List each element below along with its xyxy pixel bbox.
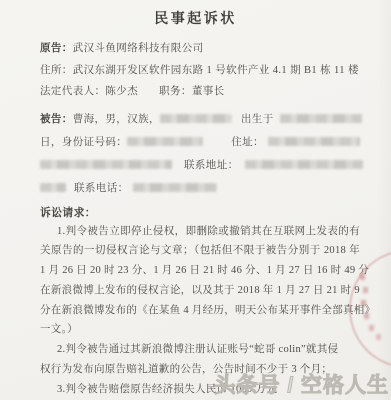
born-label: 出生于 <box>241 114 274 125</box>
claim-1-line-6: 一文。） <box>40 320 360 340</box>
residence-label: 住址： <box>231 137 264 148</box>
redacted-text <box>133 183 217 192</box>
redacted-text <box>40 160 172 169</box>
defendant-line-2: 日，身份证号码：住址： <box>40 131 360 154</box>
claim-1-line-2: 关原告的一切侵权言论与文章；（包括但不限于被告分别于 2018 年 <box>40 241 360 261</box>
position-label: 职务： <box>159 86 192 97</box>
plaintiff-line: 原告：武汉斗鱼网络科技有限公司 <box>40 38 360 60</box>
redacted-text <box>127 137 203 146</box>
legal-rep-name: 陈少杰 <box>105 86 138 97</box>
plaintiff-label: 原告： <box>40 43 73 54</box>
defendant-intro: 曹海，男，汉族， <box>73 114 160 125</box>
document-body: 原告：武汉斗鱼网络科技有限公司 住所：武汉东湖开发区软件园东路 1 号软件产业 … <box>0 38 391 400</box>
plaintiff-name: 武汉斗鱼网络科技有限公司 <box>73 43 204 54</box>
redacted-text <box>268 137 360 146</box>
claim-1-line-5: 分在新浪微博发布的《在某鱼 4 月经历，明天公布某开事件全部真相》 <box>40 301 360 321</box>
claim-1-line-1: 1.判令被告立即停止侵权，即删除或撤销其在互联网上发表的有 <box>40 222 360 242</box>
defendant-line-1: 被告：曹海，男，汉族，出生于 <box>40 108 360 131</box>
watermark: 头条号 / 空格人生 <box>214 369 389 399</box>
legal-rep-label: 法定代表人： <box>40 86 105 97</box>
legal-rep-line: 法定代表人：陈少杰职务：董事长 <box>40 81 360 103</box>
plaintiff-section: 原告：武汉斗鱼网络科技有限公司 住所：武汉东湖开发区软件园东路 1 号软件产业 … <box>40 38 360 103</box>
redacted-text <box>245 160 363 169</box>
defendant-label: 被告： <box>40 114 73 125</box>
seal-glyph-marks <box>360 274 365 280</box>
claim-1-line-3: 1 月 26 日 20 时 23 分、1 月 26 日 21 时 46 分、1 … <box>40 261 360 281</box>
plaintiff-address: 武汉东湖开发区软件园东路 1 号软件产业 4.1 期 B1 栋 11 楼 <box>73 65 359 76</box>
defendant-line-3: 联系地址： <box>40 154 360 177</box>
claims-heading: 诉讼请求： <box>40 204 360 222</box>
document-title: 民事起诉状 <box>0 0 391 28</box>
redacted-text <box>280 114 362 123</box>
civil-complaint-document: 民事起诉状 原告：武汉斗鱼网络科技有限公司 住所：武汉东湖开发区软件园东路 1 … <box>0 0 391 400</box>
redacted-text <box>40 183 66 192</box>
redacted-text <box>160 114 232 123</box>
claim-1-line-4: 在新浪微博上发布的侵权言论，以及其于 2018 年 1 月 27 日 21 时 … <box>40 281 360 301</box>
position-value: 董事长 <box>192 86 225 97</box>
defendant-line-4: 联系电话： <box>40 177 360 200</box>
contact-address-label: 联系地址： <box>184 160 239 171</box>
defendant-section: 被告：曹海，男，汉族，出生于 日，身份证号码：住址： 联系地址： 联系电话： <box>40 108 360 200</box>
phone-label: 联系电话： <box>74 183 129 194</box>
claim-2-line-1: 2.判令被告通过其新浪微博注册认证账号“蛇哥 colin”就其侵 <box>40 340 360 360</box>
plaintiff-address-line: 住所：武汉东湖开发区软件园东路 1 号软件产业 4.1 期 B1 栋 11 楼 <box>40 60 360 82</box>
id-prefix: 日，身份证号码： <box>40 137 127 148</box>
address-label: 住所： <box>40 65 73 76</box>
